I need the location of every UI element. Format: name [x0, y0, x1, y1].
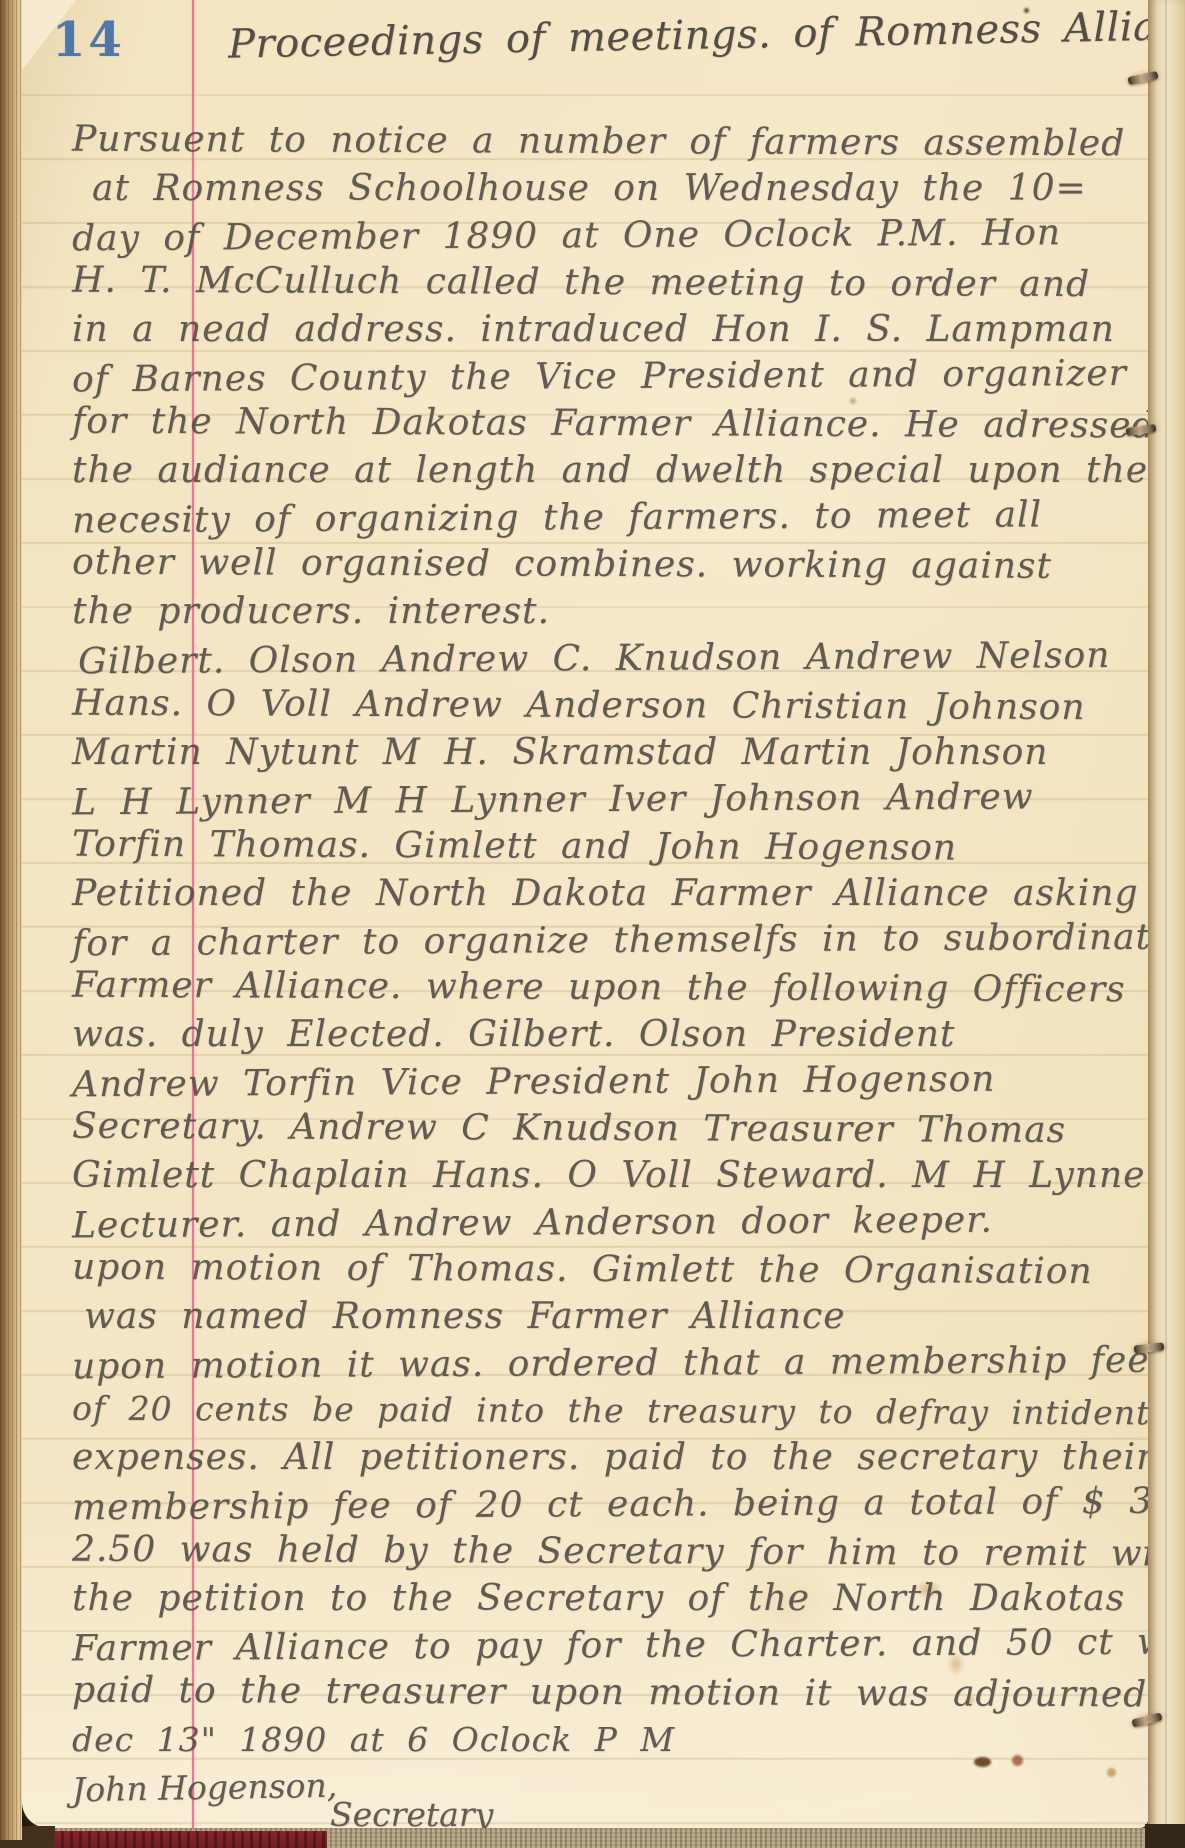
manuscript-line: Secretary. Andrew C Knudson Treasurer Th…	[72, 1103, 1157, 1155]
manuscript-line: necesity of organizing the farmers. to m…	[72, 491, 1157, 545]
manuscript-line: the petition to the Secretary of the Nor…	[72, 1575, 1157, 1622]
manuscript-line: 2.50 was held by the Secretary for him t…	[72, 1526, 1157, 1578]
manuscript-line: Farmer Alliance. where upon the followin…	[72, 962, 1157, 1014]
staple-icon	[1131, 1712, 1162, 1727]
manuscript-line: H. T. McCulluch called the meeting to or…	[72, 257, 1157, 309]
manuscript-line: upon motion it was. ordered that a membe…	[72, 1337, 1157, 1391]
manuscript-line: at Romness Schoolhouse on Wednesday the …	[72, 165, 1157, 212]
manuscript-line: paid to the treasurer upon motion it was…	[72, 1667, 1157, 1719]
manuscript-body: Pursuent to notice a number of farmers a…	[72, 118, 1157, 1763]
manuscript-line: Gilbert. Olson Andrew C. Knudson Andrew …	[72, 632, 1157, 686]
binding-shadow-right	[1145, 1824, 1185, 1848]
staple-icon	[1127, 71, 1158, 85]
page-right-edge	[1148, 0, 1185, 1832]
manuscript-line: Torfin Thomas. Gimlett and John Hogenson	[72, 821, 1157, 873]
manuscript-line: the producers. interest.	[72, 588, 1157, 635]
manuscript-line: Pursuent to notice a number of farmers a…	[72, 116, 1157, 168]
manuscript-line: was. duly Elected. Gilbert. Olson Presid…	[72, 1011, 1157, 1058]
book-cover-red	[52, 1831, 327, 1848]
staple-icon	[1126, 424, 1157, 436]
manuscript-line: was named Romness Farmer Alliance	[72, 1293, 1157, 1340]
manuscript-line: Farmer Alliance to pay for the Charter. …	[72, 1619, 1157, 1673]
manuscript-line: Petitioned the North Dakota Farmer Allia…	[72, 870, 1157, 917]
manuscript-line: Lecturer. and Andrew Anderson door keepe…	[72, 1196, 1157, 1250]
staple-icon	[1134, 1342, 1165, 1353]
manuscript-line: the audiance at length and dwelth specia…	[72, 447, 1157, 494]
manuscript-line: upon motion of Thomas. Gimlett the Organ…	[72, 1244, 1157, 1296]
manuscript-line: of Barnes County the Vice President and …	[72, 350, 1157, 404]
manuscript-line: membership fee of 20 ct each. being a to…	[72, 1478, 1157, 1532]
manuscript-line: of 20 cents be paid into the treasury to…	[72, 1385, 1157, 1437]
signature-name: John Hogenson,	[72, 1766, 338, 1810]
manuscript-line: Andrew Torfin Vice President John Hogens…	[72, 1055, 1157, 1109]
book-binding-left	[0, 0, 22, 1840]
manuscript-line: Gimlett Chaplain Hans. O Voll Steward. M…	[72, 1152, 1157, 1199]
manuscript-line: Martin Nytunt M H. Skramstad Martin John…	[72, 729, 1157, 776]
manuscript-line: other well organised combines. working a…	[72, 539, 1157, 591]
manuscript-line: for a charter to organize themselfs in t…	[72, 914, 1157, 968]
manuscript-line: in a nead address. intraduced Hon I. S. …	[72, 306, 1157, 353]
manuscript-line: L H Lynner M H Lynner Iver Johnson Andre…	[72, 773, 1157, 827]
manuscript-line: dec 13" 1890 at 6 Oclock P M	[72, 1716, 1157, 1763]
ledger-page-scan: 14 Proceedings of meetings. of Romness A…	[0, 0, 1185, 1848]
manuscript-line: expenses. All petitioners. paid to the s…	[72, 1434, 1157, 1481]
stain	[1107, 1768, 1116, 1777]
manuscript-line: day of December 1890 at One Oclock P.M. …	[72, 209, 1157, 263]
page-number-stamp: 14	[52, 12, 125, 68]
manuscript-line: Hans. O Voll Andrew Anderson Christian J…	[72, 680, 1157, 732]
manuscript-line: for the North Dakotas Farmer Alliance. H…	[72, 398, 1157, 450]
